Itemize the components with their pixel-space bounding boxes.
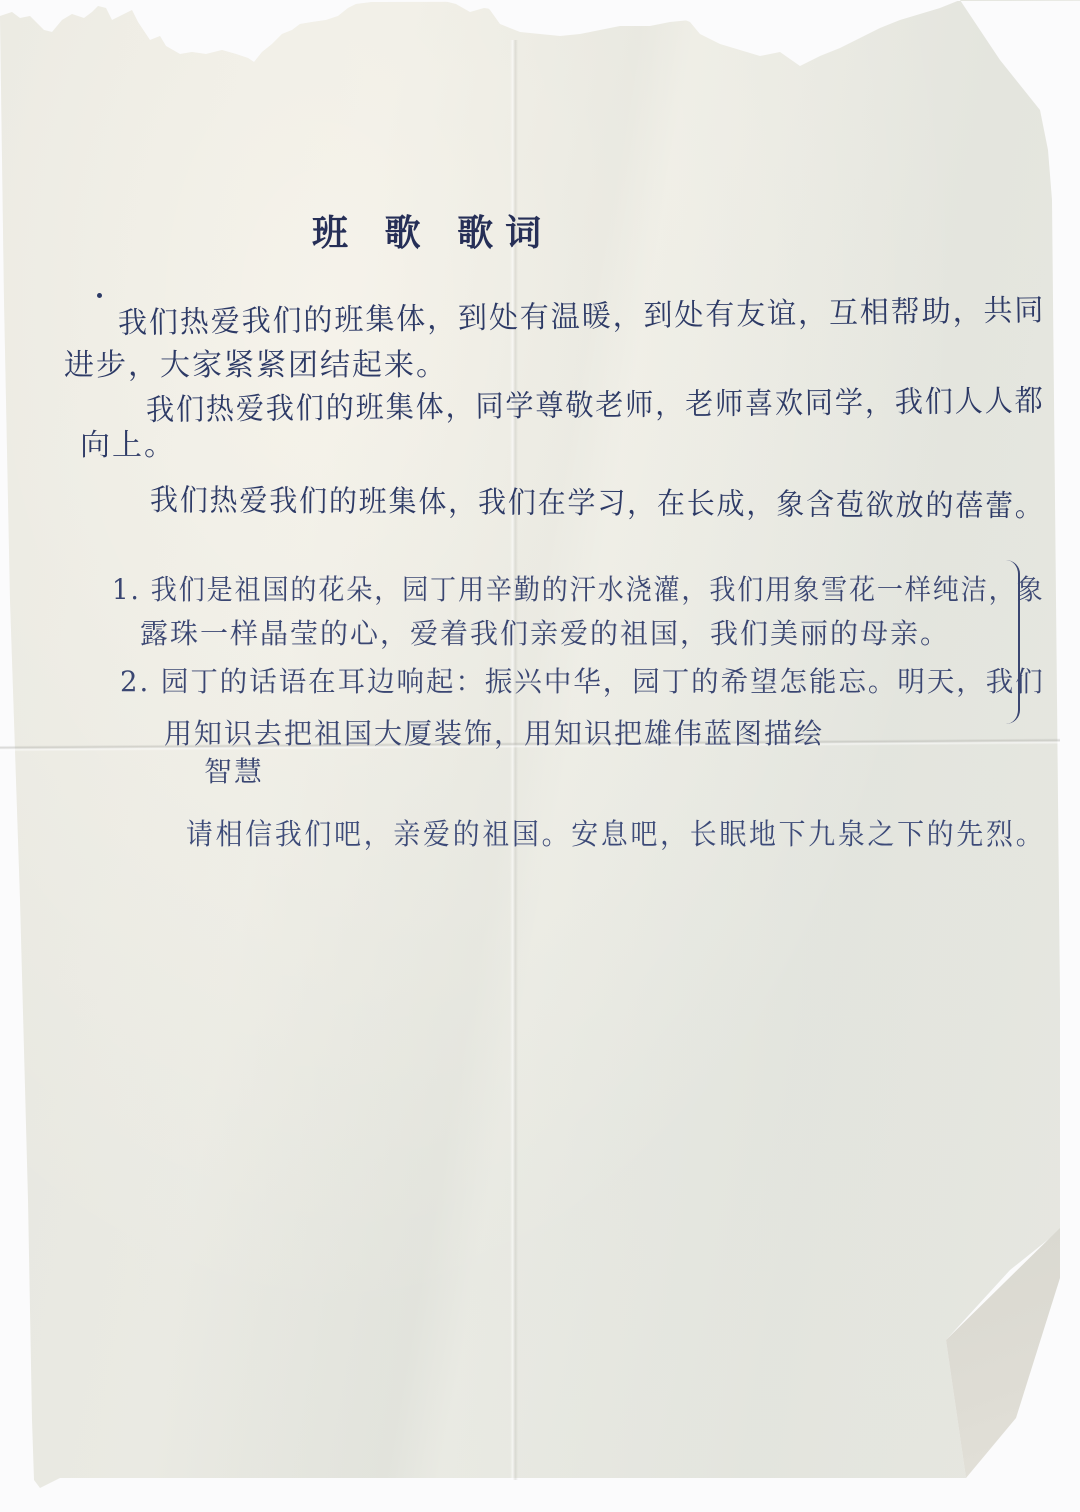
verse-2-number: 2. xyxy=(120,665,150,698)
verse-1-text: 我们是祖国的花朵，园丁用辛勤的汗水浇灌，我们用象雪花一样纯洁，象 xyxy=(151,573,1045,606)
verse-2-line-1: 2. 园丁的话语在耳边响起：振兴中华，园丁的希望怎能忘。明天，我们 xyxy=(120,660,1045,700)
document-title: 班 歌 歌词 xyxy=(312,205,553,256)
verse-2-text: 园丁的话语在耳边响起：振兴中华，园丁的希望怎能忘。明天，我们 xyxy=(161,665,1045,698)
paragraph-2-line-1: 我们热爱我们的班集体，同学尊敬老师，老师喜欢同学，我们人人都 xyxy=(146,376,1045,429)
verse-2-line-2: 用知识去把祖国大厦装饰，用知识把雄伟蓝图描绘 xyxy=(164,712,824,752)
vertical-fold-crease xyxy=(510,40,518,1480)
verse-2-line-3: 智慧 xyxy=(204,750,264,790)
verse-1-number: 1. xyxy=(112,573,141,606)
paragraph-2-line-2: 向上。 xyxy=(80,420,176,464)
ink-dot-mark xyxy=(97,293,102,298)
paragraph-3-line-1: 我们热爱我们的班集体，我们在学习，在长成，象含苞欲放的蓓蕾。 xyxy=(150,475,1045,525)
refrain-line: 请相信我们吧，亲爱的祖国。安息吧，长眠地下九泉之下的先烈。 xyxy=(186,812,1045,853)
verse-1-line-2: 露珠一样晶莹的心，爱着我们亲爱的祖国，我们美丽的母亲。 xyxy=(140,612,950,652)
verse-1-line-1: 1. 我们是祖国的花朵，园丁用辛勤的汗水浇灌，我们用象雪花一样纯洁，象 xyxy=(112,568,1045,608)
paragraph-1-line-2: 进步，大家紧紧团结起来。 xyxy=(64,340,448,384)
verse-bracket xyxy=(1004,560,1020,724)
